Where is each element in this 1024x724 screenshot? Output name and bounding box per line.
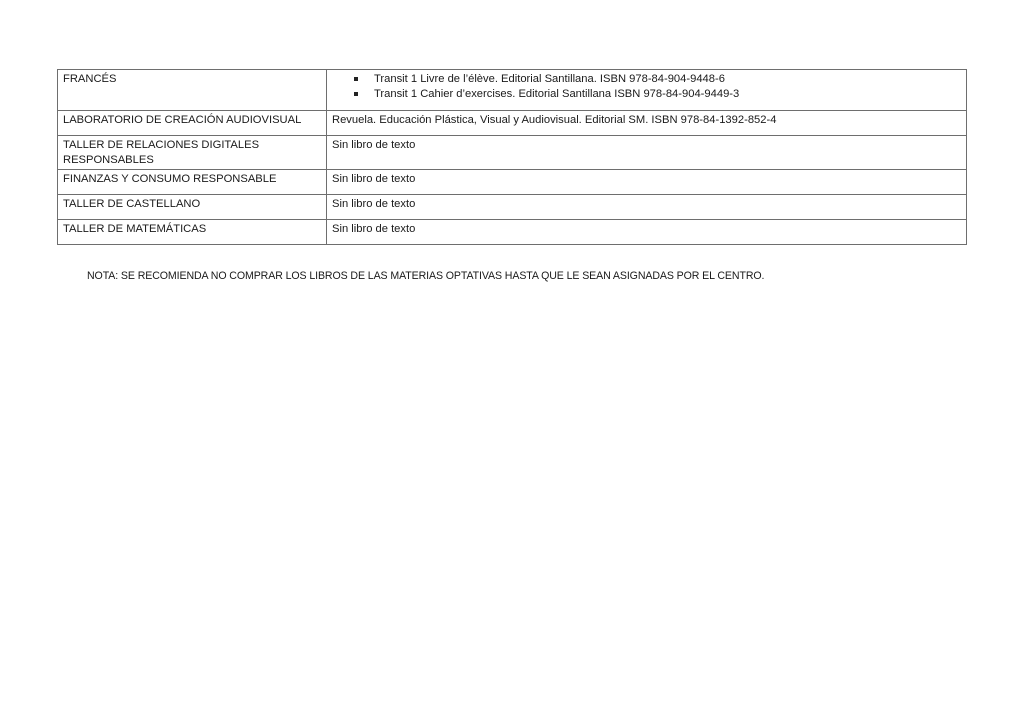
- table-row: LABORATORIO DE CREACIÓN AUDIOVISUAL Revu…: [58, 111, 967, 136]
- subject-cell: TALLER DE RELACIONES DIGITALES RESPONSAB…: [58, 136, 327, 170]
- subject-cell: TALLER DE MATEMÁTICAS: [58, 220, 327, 245]
- recommendation-note: NOTA: SE RECOMIENDA NO COMPRAR LOS LIBRO…: [87, 270, 764, 282]
- subject-cell: LABORATORIO DE CREACIÓN AUDIOVISUAL: [58, 111, 327, 136]
- book-cell: Sin libro de texto: [327, 170, 967, 195]
- book-cell: Revuela. Educación Plástica, Visual y Au…: [327, 111, 967, 136]
- book-title: Transit 1 Cahier d’exercises. Editorial …: [374, 88, 739, 100]
- table-row: TALLER DE RELACIONES DIGITALES RESPONSAB…: [58, 136, 967, 170]
- subject-cell: FINANZAS Y CONSUMO RESPONSABLE: [58, 170, 327, 195]
- book-cell: Sin libro de texto: [327, 136, 967, 170]
- table-row: FINANZAS Y CONSUMO RESPONSABLE Sin libro…: [58, 170, 967, 195]
- square-bullet-icon: [354, 77, 358, 81]
- book-title: Transit 1 Livre de l’élève. Editorial Sa…: [374, 73, 725, 85]
- table-row: TALLER DE CASTELLANO Sin libro de texto: [58, 195, 967, 220]
- table-row: FRANCÉS Transit 1 Livre de l’élève. Edit…: [58, 70, 967, 111]
- book-cell: Sin libro de texto: [327, 195, 967, 220]
- subject-cell: TALLER DE CASTELLANO: [58, 195, 327, 220]
- list-item: Transit 1 Livre de l’élève. Editorial Sa…: [332, 72, 962, 87]
- document-page: FRANCÉS Transit 1 Livre de l’élève. Edit…: [0, 0, 1024, 724]
- table-row: TALLER DE MATEMÁTICAS Sin libro de texto: [58, 220, 967, 245]
- book-cell: Transit 1 Livre de l’élève. Editorial Sa…: [327, 70, 967, 111]
- textbook-table: FRANCÉS Transit 1 Livre de l’élève. Edit…: [57, 69, 967, 245]
- subject-cell: FRANCÉS: [58, 70, 327, 111]
- book-cell: Sin libro de texto: [327, 220, 967, 245]
- square-bullet-icon: [354, 92, 358, 96]
- list-item: Transit 1 Cahier d’exercises. Editorial …: [332, 87, 962, 102]
- book-list: Transit 1 Livre de l’élève. Editorial Sa…: [332, 72, 962, 102]
